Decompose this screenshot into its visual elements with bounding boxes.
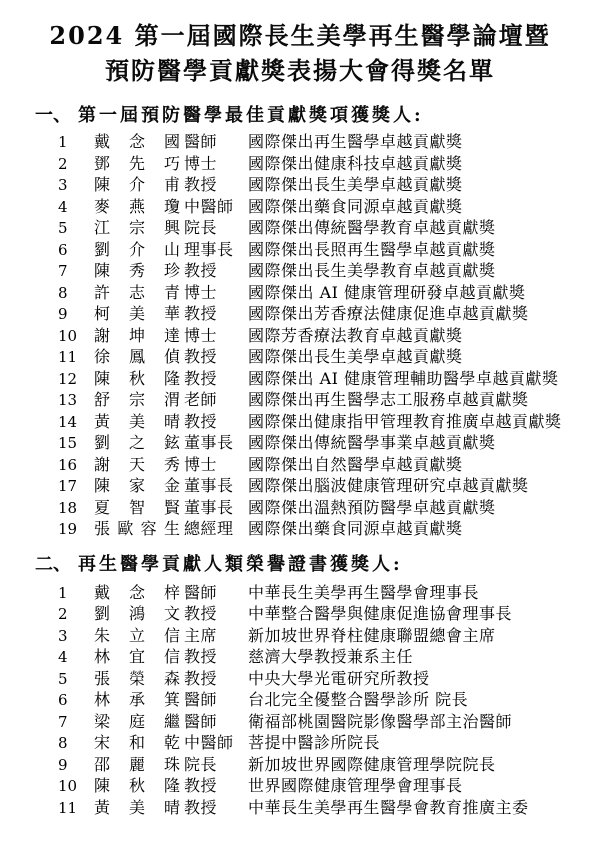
row-number: 7	[58, 712, 94, 734]
awardee-row: 6 劉介山 理事長 國際傑出長照再生醫學卓越貢獻獎	[0, 239, 600, 261]
awardee-name: 黃美晴	[94, 797, 180, 819]
awardee-name: 陳秋隆	[94, 368, 180, 390]
awardee-job-title: 主席	[184, 625, 248, 647]
awardee-position: 新加坡世界脊柱健康聯盟總會主席	[248, 625, 600, 647]
awardee-job-title: 理事長	[184, 239, 248, 261]
award-name: 國際傑出長生美學卓越貢獻獎	[248, 174, 600, 196]
awardee-job-title: 中醫師	[184, 196, 248, 218]
award-name: 國際傑出自然醫學卓越貢獻獎	[248, 454, 600, 476]
document-page: 2024 第一屆國際長生美學再生醫學論壇暨 預防醫學貢獻獎表揚大會得獎名單 一、…	[0, 0, 600, 848]
row-number: 1	[58, 583, 94, 605]
awardee-name: 陳家金	[94, 475, 180, 497]
row-number: 5	[58, 218, 94, 240]
document-title-line1: 2024 第一屆國際長生美學再生醫學論壇暨	[0, 18, 600, 53]
awardee-name: 朱立信	[94, 625, 180, 647]
awardee-row: 8 許志青 博士 國際傑出 AI 健康管理研發卓越貢獻獎	[0, 282, 600, 304]
row-number: 2	[58, 154, 94, 176]
awardee-row: 8 宋和乾 中醫師 菩提中醫診所院長	[0, 732, 600, 754]
row-number: 6	[58, 240, 94, 262]
awardee-job-title: 董事長	[184, 475, 248, 497]
award-name: 國際傑出長照再生醫學卓越貢獻獎	[248, 239, 600, 261]
row-number: 3	[58, 626, 94, 648]
awardee-job-title: 教授	[184, 797, 248, 819]
award-name: 國際傑出藥食同源卓越貢獻獎	[248, 518, 600, 540]
row-number: 10	[58, 326, 94, 348]
awardee-position: 中華整合醫學與健康促進協會理事長	[248, 603, 600, 625]
awardee-row: 16 謝天秀 博士 國際傑出自然醫學卓越貢獻獎	[0, 454, 600, 476]
row-number: 12	[58, 369, 94, 391]
awardee-job-title: 博士	[184, 325, 248, 347]
awardee-job-title: 教授	[184, 411, 248, 433]
row-number: 14	[58, 412, 94, 434]
award-name: 國際傑出長生美學卓越貢獻獎	[248, 346, 600, 368]
award-name: 國際傑出 AI 健康管理研發卓越貢獻獎	[248, 282, 600, 304]
awardee-row: 1 戴念梓 醫師 中華長生美學再生醫學會理事長	[0, 582, 600, 604]
awardee-row: 17 陳家金 董事長 國際傑出腦波健康管理研究卓越貢獻獎	[0, 475, 600, 497]
row-number: 3	[58, 175, 94, 197]
awardee-position: 菩提中醫診所院長	[248, 732, 600, 754]
award-name: 國際傑出 AI 健康管理輔助醫學卓越貢獻獎	[248, 368, 600, 390]
section-number: 二、	[35, 553, 78, 577]
row-number: 4	[58, 197, 94, 219]
row-number: 8	[58, 733, 94, 755]
awardee-list: 1 戴念梓 醫師 中華長生美學再生醫學會理事長 2 劉鴻文 教授 中華整合醫學與…	[0, 582, 600, 819]
awardee-position: 慈濟大學教授兼系主任	[248, 646, 600, 668]
award-name: 國際傑出健康科技卓越貢獻獎	[248, 153, 600, 175]
awardee-position: 世界國際健康管理學會理事長	[248, 775, 600, 797]
award-name: 國際傑出腦波健康管理研究卓越貢獻獎	[248, 475, 600, 497]
awardee-row: 1 戴念國 醫師 國際傑出再生醫學卓越貢獻獎	[0, 131, 600, 153]
awardee-name: 梁庭繼	[94, 711, 180, 733]
awardee-name: 徐鳳偵	[94, 346, 180, 368]
awardee-name: 林宜信	[94, 646, 180, 668]
awardee-row: 11 黃美晴 教授 中華長生美學再生醫學會教育推廣主委	[0, 797, 600, 819]
awardee-row: 10 陳秋隆 教授 世界國際健康管理學會理事長	[0, 775, 600, 797]
row-number: 16	[58, 455, 94, 477]
awardee-row: 2 鄧先巧 博士 國際傑出健康科技卓越貢獻獎	[0, 153, 600, 175]
awardee-job-title: 博士	[184, 153, 248, 175]
row-number: 19	[58, 519, 94, 541]
awardee-job-title: 總經理	[184, 518, 248, 540]
awardee-job-title: 教授	[184, 368, 248, 390]
awardee-row: 15 劉之鉉 董事長 國際傑出傳統醫學事業卓越貢獻獎	[0, 432, 600, 454]
awardee-name: 陳秀珍	[94, 260, 180, 282]
awardee-name: 鄧先巧	[94, 153, 180, 175]
award-name: 國際芳香療法教育卓越貢獻獎	[248, 325, 600, 347]
awardee-row: 19 張歐容生 總經理 國際傑出藥食同源卓越貢獻獎	[0, 518, 600, 540]
awardee-position: 台北完全優整合醫學診所 院長	[248, 689, 600, 711]
awardee-name: 江宗興	[94, 217, 180, 239]
row-number: 4	[58, 647, 94, 669]
awardee-position: 中華長生美學再生醫學會教育推廣主委	[248, 797, 600, 819]
awardee-job-title: 醫師	[184, 131, 248, 153]
award-name: 國際傑出再生醫學志工服務卓越貢獻獎	[248, 389, 600, 411]
row-number: 5	[58, 669, 94, 691]
row-number: 7	[58, 261, 94, 283]
awardee-job-title: 教授	[184, 603, 248, 625]
awardee-row: 5 江宗興 院長 國際傑出傳統醫學教育卓越貢獻獎	[0, 217, 600, 239]
awardee-job-title: 醫師	[184, 582, 248, 604]
awardee-row: 18 夏智賢 董事長 國際傑出溫熱預防醫學卓越貢獻獎	[0, 497, 600, 519]
awardee-position: 中央大學光電研究所教授	[248, 668, 600, 690]
awardee-name: 柯美華	[94, 303, 180, 325]
awardee-name: 劉之鉉	[94, 432, 180, 454]
award-name: 國際傑出藥食同源卓越貢獻獎	[248, 196, 600, 218]
row-number: 18	[58, 498, 94, 520]
row-number: 15	[58, 433, 94, 455]
awardee-job-title: 教授	[184, 668, 248, 690]
awardee-list: 1 戴念國 醫師 國際傑出再生醫學卓越貢獻獎 2 鄧先巧 博士 國際傑出健康科技…	[0, 131, 600, 540]
award-name: 國際傑出健康指甲管理教育推廣卓越貢獻獎	[248, 411, 600, 433]
awardee-position: 中華長生美學再生醫學會理事長	[248, 582, 600, 604]
awardee-position: 衛福部桃園醫院影像醫學部主治醫師	[248, 711, 600, 733]
award-name: 國際傑出溫熱預防醫學卓越貢獻獎	[248, 497, 600, 519]
section-number: 一、	[35, 104, 78, 128]
awardee-name: 謝天秀	[94, 454, 180, 476]
awardee-row: 14 黃美晴 教授 國際傑出健康指甲管理教育推廣卓越貢獻獎	[0, 411, 600, 433]
awardee-name: 張榮森	[94, 668, 180, 690]
awardee-job-title: 教授	[184, 303, 248, 325]
awardee-row: 3 朱立信 主席 新加坡世界脊柱健康聯盟總會主席	[0, 625, 600, 647]
awardee-name: 許志青	[94, 282, 180, 304]
awardee-name: 戴念梓	[94, 582, 180, 604]
awardee-job-title: 教授	[184, 260, 248, 282]
awardee-job-title: 中醫師	[184, 732, 248, 754]
awardee-name: 舒宗渭	[94, 389, 180, 411]
section-heading: 二、 再生醫學貢獻人類榮譽證書獲獎人:	[0, 553, 600, 577]
section-prevention-medicine-awards: 一、 第一屆預防醫學最佳貢獻獎項獲獎人: 1 戴念國 醫師 國際傑出再生醫學卓越…	[0, 104, 600, 540]
awardee-name: 林承箕	[94, 689, 180, 711]
awardee-job-title: 醫師	[184, 711, 248, 733]
awardee-job-title: 教授	[184, 775, 248, 797]
document-title-line2: 預防醫學貢獻獎表揚大會得獎名單	[0, 53, 600, 88]
awardee-row: 7 梁庭繼 醫師 衛福部桃園醫院影像醫學部主治醫師	[0, 711, 600, 733]
awardee-job-title: 董事長	[184, 497, 248, 519]
awardee-job-title: 博士	[184, 454, 248, 476]
document-title: 2024 第一屆國際長生美學再生醫學論壇暨 預防醫學貢獻獎表揚大會得獎名單	[0, 18, 600, 88]
awardee-name: 劉介山	[94, 239, 180, 261]
awardee-row: 2 劉鴻文 教授 中華整合醫學與健康促進協會理事長	[0, 603, 600, 625]
row-number: 2	[58, 604, 94, 626]
row-number: 9	[58, 755, 94, 777]
awardee-name: 邵麗珠	[94, 754, 180, 776]
awardee-job-title: 教授	[184, 346, 248, 368]
awardee-name: 張歐容生	[94, 518, 180, 540]
awardee-row: 9 邵麗珠 院長 新加坡世界國際健康管理學院院長	[0, 754, 600, 776]
awardee-row: 10 謝坤達 博士 國際芳香療法教育卓越貢獻獎	[0, 325, 600, 347]
row-number: 17	[58, 476, 94, 498]
awardee-job-title: 老師	[184, 389, 248, 411]
row-number: 11	[58, 347, 94, 369]
awardee-row: 9 柯美華 教授 國際傑出芳香療法健康促進卓越貢獻獎	[0, 303, 600, 325]
awardee-job-title: 院長	[184, 217, 248, 239]
award-name: 國際傑出長生美學教育卓越貢獻獎	[248, 260, 600, 282]
award-name: 國際傑出傳統醫學教育卓越貢獻獎	[248, 217, 600, 239]
awardee-job-title: 董事長	[184, 432, 248, 454]
awardee-job-title: 教授	[184, 646, 248, 668]
section-heading-text: 再生醫學貢獻人類榮譽證書獲獎人:	[78, 553, 403, 577]
award-name: 國際傑出再生醫學卓越貢獻獎	[248, 131, 600, 153]
awardee-row: 13 舒宗渭 老師 國際傑出再生醫學志工服務卓越貢獻獎	[0, 389, 600, 411]
awardee-position: 新加坡世界國際健康管理學院院長	[248, 754, 600, 776]
awardee-row: 5 張榮森 教授 中央大學光電研究所教授	[0, 668, 600, 690]
awardee-job-title: 醫師	[184, 689, 248, 711]
row-number: 6	[58, 690, 94, 712]
awardee-name: 黃美晴	[94, 411, 180, 433]
awardee-job-title: 教授	[184, 174, 248, 196]
awardee-row: 11 徐鳳偵 教授 國際傑出長生美學卓越貢獻獎	[0, 346, 600, 368]
award-name: 國際傑出芳香療法健康促進卓越貢獻獎	[248, 303, 600, 325]
awardee-name: 宋和乾	[94, 732, 180, 754]
awardee-name: 麥燕瓊	[94, 196, 180, 218]
awardee-name: 夏智賢	[94, 497, 180, 519]
section-heading-text: 第一屆預防醫學最佳貢獻獎項獲獎人:	[78, 104, 424, 128]
awardee-row: 3 陳介甫 教授 國際傑出長生美學卓越貢獻獎	[0, 174, 600, 196]
awardee-name: 劉鴻文	[94, 603, 180, 625]
awardee-row: 12 陳秋隆 教授 國際傑出 AI 健康管理輔助醫學卓越貢獻獎	[0, 368, 600, 390]
row-number: 13	[58, 390, 94, 412]
awardee-name: 陳秋隆	[94, 775, 180, 797]
awardee-row: 4 林宜信 教授 慈濟大學教授兼系主任	[0, 646, 600, 668]
row-number: 10	[58, 776, 94, 798]
awardee-name: 戴念國	[94, 131, 180, 153]
row-number: 8	[58, 283, 94, 305]
awardee-row: 4 麥燕瓊 中醫師 國際傑出藥食同源卓越貢獻獎	[0, 196, 600, 218]
row-number: 9	[58, 304, 94, 326]
section-heading: 一、 第一屆預防醫學最佳貢獻獎項獲獎人:	[0, 104, 600, 128]
awardee-job-title: 院長	[184, 754, 248, 776]
row-number: 1	[58, 132, 94, 154]
award-name: 國際傑出傳統醫學事業卓越貢獻獎	[248, 432, 600, 454]
section-regenerative-medicine-honor: 二、 再生醫學貢獻人類榮譽證書獲獎人: 1 戴念梓 醫師 中華長生美學再生醫學會…	[0, 553, 600, 819]
awardee-row: 6 林承箕 醫師 台北完全優整合醫學診所 院長	[0, 689, 600, 711]
awardee-name: 陳介甫	[94, 174, 180, 196]
awardee-name: 謝坤達	[94, 325, 180, 347]
awardee-job-title: 博士	[184, 282, 248, 304]
row-number: 11	[58, 798, 94, 820]
awardee-row: 7 陳秀珍 教授 國際傑出長生美學教育卓越貢獻獎	[0, 260, 600, 282]
